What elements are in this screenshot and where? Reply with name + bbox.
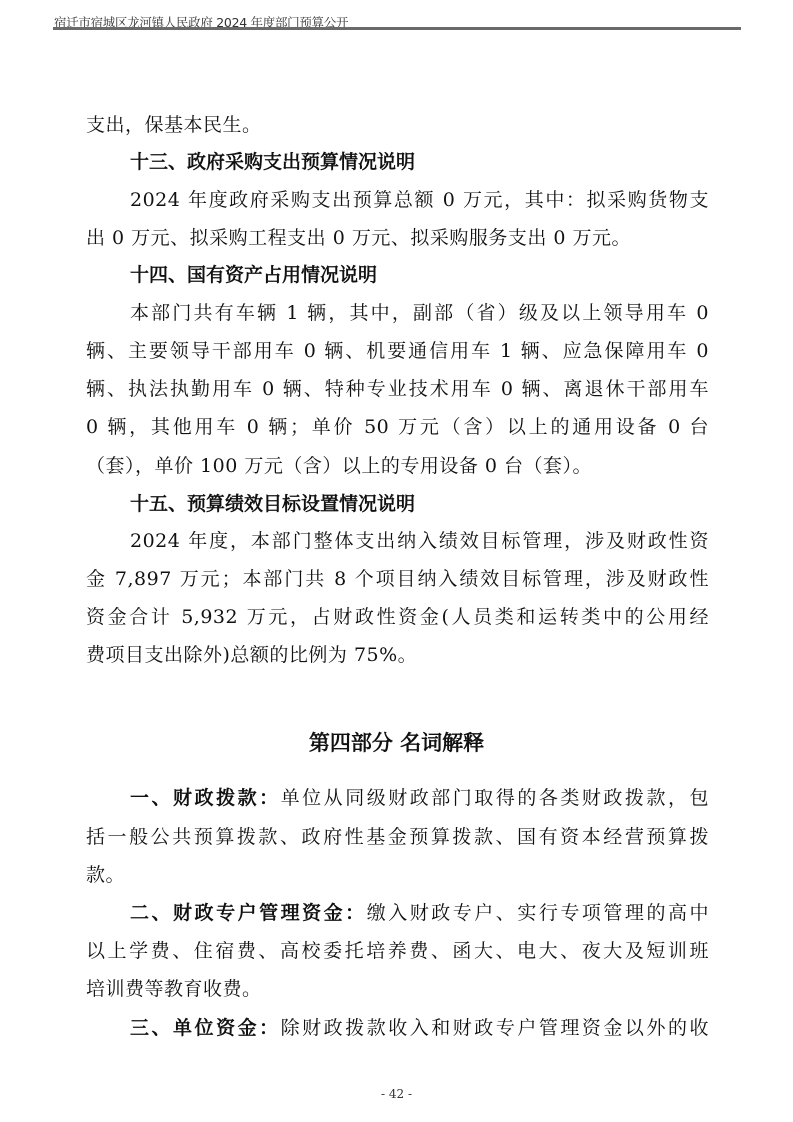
page-number: - 42 - — [0, 1087, 793, 1101]
paragraph-line: 费项目支出除外)总额的比例为 75%。 — [86, 643, 709, 667]
term-label: 三、单位资金： — [130, 1017, 281, 1039]
paragraph-line: 金 7,897 万元；本部门共 8 个项目纳入绩效目标管理，涉及财政性 — [86, 567, 709, 591]
paragraph-line: 0 辆，其他用车 0 辆；单价 50 万元（含）以上的通用设备 0 台 — [86, 415, 709, 439]
paragraph-line: 支出，保基本民生。 — [86, 113, 709, 137]
paragraph-line: 括一般公共预算拨款、政府性基金预算拨款、国有资本经营预算拨 — [86, 825, 709, 849]
term-label: 一、财政拨款： — [130, 787, 281, 809]
paragraph-line: 以上学费、住宿费、高校委托培养费、函大、电大、夜大及短训班 — [86, 939, 709, 963]
term-definition-line: 三、单位资金：除财政拨款收入和财政专户管理资金以外的收 — [130, 1016, 709, 1040]
section-heading-14: 十四、国有资产占用情况说明 — [130, 263, 377, 287]
paragraph-line: 辆、执法执勤用车 0 辆、特种专业技术用车 0 辆、离退休干部用车 — [86, 377, 709, 401]
term-definition-line: 一、财政拨款：单位从同级财政部门取得的各类财政拨款，包 — [130, 786, 709, 810]
term-definition-line: 二、财政专户管理资金：缴入财政专户、实行专项管理的高中 — [130, 901, 709, 925]
paragraph-line: 辆、主要领导干部用车 0 辆、机要通信用车 1 辆、应急保障用车 0 — [86, 339, 709, 363]
term-text: 除财政拨款收入和财政专户管理资金以外的收 — [281, 1017, 709, 1039]
paragraph-line: 本部门共有车辆 1 辆，其中，副部（省）级及以上领导用车 0 — [130, 301, 709, 325]
section-heading-15: 十五、预算绩效目标设置情况说明 — [130, 492, 415, 516]
paragraph-line: 2024 年度，本部门整体支出纳入绩效目标管理，涉及财政性资 — [130, 529, 709, 553]
term-text: 缴入财政专户、实行专项管理的高中 — [367, 902, 709, 924]
paragraph-line: 出 0 万元、拟采购工程支出 0 万元、拟采购服务支出 0 万元。 — [86, 226, 709, 250]
paragraph-line: 资金合计 5,932 万元，占财政性资金(人员类和运转类中的公用经 — [86, 605, 709, 629]
part-title: 第四部分 名词解释 — [0, 729, 793, 757]
paragraph-line: 2024 年度政府采购支出预算总额 0 万元，其中：拟采购货物支 — [130, 188, 709, 212]
paragraph-line: 培训费等教育收费。 — [86, 977, 709, 1001]
paragraph-line: （套），单价 100 万元（含）以上的专用设备 0 台（套）。 — [86, 454, 709, 478]
paragraph-line: 款。 — [86, 863, 709, 887]
header-divider — [53, 27, 741, 30]
term-label: 二、财政专户管理资金： — [130, 902, 367, 924]
term-text: 单位从同级财政部门取得的各类财政拨款，包 — [281, 787, 709, 809]
section-heading-13: 十三、政府采购支出预算情况说明 — [130, 150, 415, 174]
